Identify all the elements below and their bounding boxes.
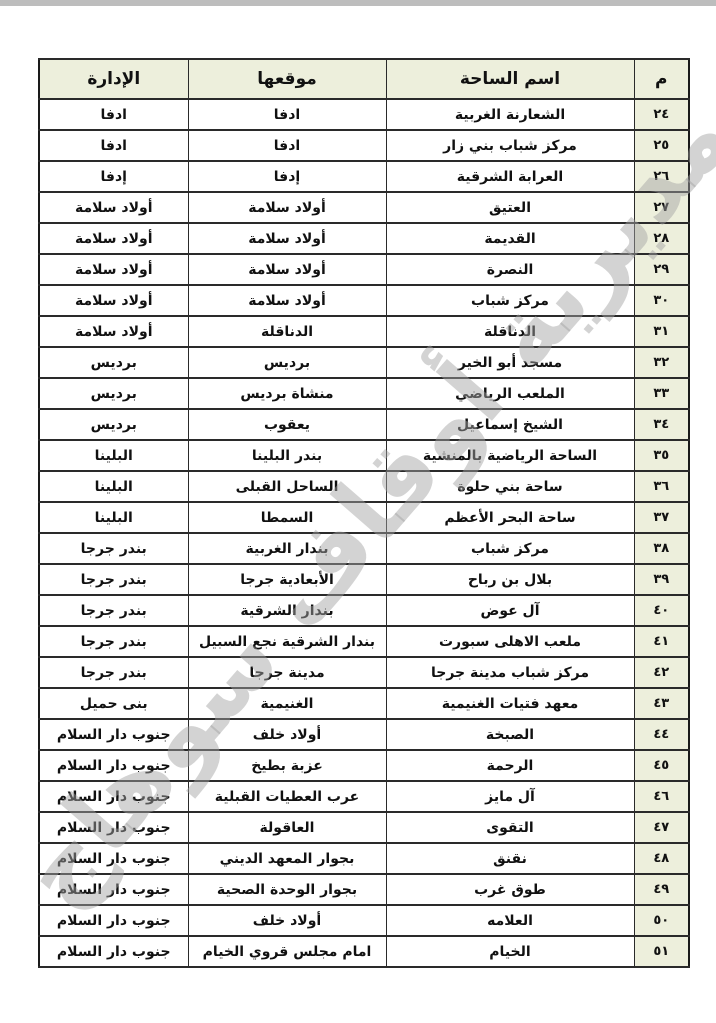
- row-number-cell: ٣٣: [634, 378, 689, 409]
- square-name-cell: الملعب الرياضي: [386, 378, 634, 409]
- square-location-cell: أولاد سلامة: [188, 223, 386, 254]
- square-name-cell: آل عوض: [386, 595, 634, 626]
- row-number-cell: ٣١: [634, 316, 689, 347]
- row-number-cell: ٣٩: [634, 564, 689, 595]
- administration-cell: جنوب دار السلام: [39, 719, 188, 750]
- table-row: ٤٦ آل مايز عرب العطيات القبلية جنوب دار …: [39, 781, 689, 812]
- square-location-cell: الدناقلة: [188, 316, 386, 347]
- row-number-cell: ٤٢: [634, 657, 689, 688]
- administration-cell: أولاد سلامة: [39, 285, 188, 316]
- square-location-cell: أولاد سلامة: [188, 192, 386, 223]
- administration-cell: بنى حميل: [39, 688, 188, 719]
- square-location-cell: بندار الغربية: [188, 533, 386, 564]
- row-number-cell: ٢٥: [634, 130, 689, 161]
- administration-cell: إدفا: [39, 161, 188, 192]
- row-number-cell: ٢٤: [634, 99, 689, 130]
- square-name-cell: الشعارنة الغربية: [386, 99, 634, 130]
- row-number-cell: ٢٩: [634, 254, 689, 285]
- square-location-cell: عرب العطيات القبلية: [188, 781, 386, 812]
- table-row: ٤٨ نقنق بجوار المعهد الديني جنوب دار الس…: [39, 843, 689, 874]
- table-row: ٤٢ مركز شباب مدينة جرجا مدينة جرجا بندر …: [39, 657, 689, 688]
- table-row: ٣٠ مركز شباب أولاد سلامة أولاد سلامة: [39, 285, 689, 316]
- table-row: ٢٦ العرابة الشرقية إدفا إدفا: [39, 161, 689, 192]
- table-row: ٣٣ الملعب الرياضي منشاة برديس برديس: [39, 378, 689, 409]
- administration-cell: جنوب دار السلام: [39, 936, 188, 967]
- document-page: { "page": { "watermark": "مديرية أوقاف س…: [0, 0, 716, 1023]
- page-top-scan-bar: [0, 0, 716, 6]
- row-number-cell: ٣٨: [634, 533, 689, 564]
- square-name-cell: ساحة بني حلوة: [386, 471, 634, 502]
- row-number-cell: ٢٧: [634, 192, 689, 223]
- square-name-cell: بلال بن رباح: [386, 564, 634, 595]
- square-location-cell: برديس: [188, 347, 386, 378]
- table-row: ٣٢ مسجد أبو الخير برديس برديس: [39, 347, 689, 378]
- square-name-cell: التقوى: [386, 812, 634, 843]
- administration-cell: بندر جرجا: [39, 626, 188, 657]
- row-number-cell: ٤١: [634, 626, 689, 657]
- square-name-cell: الصبخة: [386, 719, 634, 750]
- square-location-cell: بجوار الوحدة الصحية: [188, 874, 386, 905]
- squares-table: م اسم الساحة موقعها الإدارة ٢٤ الشعارنة …: [38, 58, 690, 968]
- administration-cell: بندر جرجا: [39, 595, 188, 626]
- square-name-cell: مركز شباب: [386, 285, 634, 316]
- table-row: ٣٩ بلال بن رباح الأبعادية جرجا بندر جرجا: [39, 564, 689, 595]
- square-location-cell: بجوار المعهد الديني: [188, 843, 386, 874]
- table-row: ٤١ ملعب الاهلى سبورت بندار الشرقية نجع ا…: [39, 626, 689, 657]
- square-name-cell: مركز شباب بني زار: [386, 130, 634, 161]
- square-name-cell: نقنق: [386, 843, 634, 874]
- square-location-cell: السمطا: [188, 502, 386, 533]
- row-number-cell: ٣٥: [634, 440, 689, 471]
- square-name-cell: العلامه: [386, 905, 634, 936]
- table-row: ٢٧ العتيق أولاد سلامة أولاد سلامة: [39, 192, 689, 223]
- row-number-cell: ٤٣: [634, 688, 689, 719]
- table-header-row: م اسم الساحة موقعها الإدارة: [39, 59, 689, 99]
- square-location-cell: الغنيمية: [188, 688, 386, 719]
- square-location-cell: أولاد خلف: [188, 905, 386, 936]
- square-name-cell: معهد فتيات الغنيمية: [386, 688, 634, 719]
- administration-cell: البلينا: [39, 502, 188, 533]
- administration-cell: أولاد سلامة: [39, 254, 188, 285]
- row-number-cell: ٢٨: [634, 223, 689, 254]
- row-number-cell: ٢٦: [634, 161, 689, 192]
- square-name-cell: مركز شباب: [386, 533, 634, 564]
- square-name-cell: الشيخ إسماعيل: [386, 409, 634, 440]
- square-location-cell: بندار الشرقية نجع السبيل: [188, 626, 386, 657]
- square-name-cell: الخيام: [386, 936, 634, 967]
- table-row: ٤٣ معهد فتيات الغنيمية الغنيمية بنى حميل: [39, 688, 689, 719]
- table-row: ٤٥ الرحمة عزبة بطيخ جنوب دار السلام: [39, 750, 689, 781]
- square-name-cell: مركز شباب مدينة جرجا: [386, 657, 634, 688]
- square-location-cell: ادفا: [188, 130, 386, 161]
- row-number-cell: ٤٨: [634, 843, 689, 874]
- row-number-cell: ٤٩: [634, 874, 689, 905]
- row-number-cell: ٣٠: [634, 285, 689, 316]
- header-administration: الإدارة: [39, 59, 188, 99]
- administration-cell: برديس: [39, 347, 188, 378]
- table-row: ٥٠ العلامه أولاد خلف جنوب دار السلام: [39, 905, 689, 936]
- square-name-cell: الرحمة: [386, 750, 634, 781]
- header-square-name: اسم الساحة: [386, 59, 634, 99]
- administration-cell: ادفا: [39, 130, 188, 161]
- row-number-cell: ٣٦: [634, 471, 689, 502]
- row-number-cell: ٥٠: [634, 905, 689, 936]
- square-location-cell: أولاد خلف: [188, 719, 386, 750]
- header-number: م: [634, 59, 689, 99]
- administration-cell: جنوب دار السلام: [39, 905, 188, 936]
- row-number-cell: ٣٧: [634, 502, 689, 533]
- table-row: ٤٠ آل عوض بندار الشرقية بندر جرجا: [39, 595, 689, 626]
- square-name-cell: العتيق: [386, 192, 634, 223]
- row-number-cell: ٤٦: [634, 781, 689, 812]
- table-row: ٢٩ النصرة أولاد سلامة أولاد سلامة: [39, 254, 689, 285]
- administration-cell: جنوب دار السلام: [39, 812, 188, 843]
- administration-cell: جنوب دار السلام: [39, 874, 188, 905]
- row-number-cell: ٣٢: [634, 347, 689, 378]
- table-row: ٥١ الخيام امام مجلس قروي الخيام جنوب دار…: [39, 936, 689, 967]
- square-name-cell: ملعب الاهلى سبورت: [386, 626, 634, 657]
- square-location-cell: الساحل القبلى: [188, 471, 386, 502]
- table-row: ٢٥ مركز شباب بني زار ادفا ادفا: [39, 130, 689, 161]
- header-location: موقعها: [188, 59, 386, 99]
- row-number-cell: ٤٠: [634, 595, 689, 626]
- table-row: ٣٤ الشيخ إسماعيل يعقوب برديس: [39, 409, 689, 440]
- administration-cell: بندر جرجا: [39, 564, 188, 595]
- administration-cell: أولاد سلامة: [39, 223, 188, 254]
- square-location-cell: الأبعادية جرجا: [188, 564, 386, 595]
- square-name-cell: طوق غرب: [386, 874, 634, 905]
- row-number-cell: ٤٥: [634, 750, 689, 781]
- square-location-cell: العاقولة: [188, 812, 386, 843]
- administration-cell: ادفا: [39, 99, 188, 130]
- square-name-cell: النصرة: [386, 254, 634, 285]
- administration-cell: البلينا: [39, 440, 188, 471]
- square-name-cell: الدناقلة: [386, 316, 634, 347]
- square-location-cell: بندار الشرقية: [188, 595, 386, 626]
- administration-cell: برديس: [39, 378, 188, 409]
- table-row: ٤٧ التقوى العاقولة جنوب دار السلام: [39, 812, 689, 843]
- row-number-cell: ٥١: [634, 936, 689, 967]
- table-row: ٢٤ الشعارنة الغربية ادفا ادفا: [39, 99, 689, 130]
- square-name-cell: الساحة الرياضية بالمنشية: [386, 440, 634, 471]
- table-row: ٢٨ القديمة أولاد سلامة أولاد سلامة: [39, 223, 689, 254]
- square-name-cell: القديمة: [386, 223, 634, 254]
- row-number-cell: ٤٤: [634, 719, 689, 750]
- square-location-cell: أولاد سلامة: [188, 254, 386, 285]
- table-row: ٤٤ الصبخة أولاد خلف جنوب دار السلام: [39, 719, 689, 750]
- square-location-cell: بندر البلينا: [188, 440, 386, 471]
- square-location-cell: عزبة بطيخ: [188, 750, 386, 781]
- administration-cell: برديس: [39, 409, 188, 440]
- table-row: ٤٩ طوق غرب بجوار الوحدة الصحية جنوب دار …: [39, 874, 689, 905]
- row-number-cell: ٤٧: [634, 812, 689, 843]
- square-location-cell: أولاد سلامة: [188, 285, 386, 316]
- table-row: ٣٧ ساحة البحر الأعظم السمطا البلينا: [39, 502, 689, 533]
- square-location-cell: يعقوب: [188, 409, 386, 440]
- square-name-cell: ساحة البحر الأعظم: [386, 502, 634, 533]
- administration-cell: جنوب دار السلام: [39, 843, 188, 874]
- row-number-cell: ٣٤: [634, 409, 689, 440]
- square-location-cell: إدفا: [188, 161, 386, 192]
- administration-cell: أولاد سلامة: [39, 192, 188, 223]
- square-name-cell: العرابة الشرقية: [386, 161, 634, 192]
- square-name-cell: آل مايز: [386, 781, 634, 812]
- administration-cell: بندر جرجا: [39, 533, 188, 564]
- square-location-cell: مدينة جرجا: [188, 657, 386, 688]
- square-location-cell: امام مجلس قروي الخيام: [188, 936, 386, 967]
- square-location-cell: منشاة برديس: [188, 378, 386, 409]
- table-row: ٣٥ الساحة الرياضية بالمنشية بندر البلينا…: [39, 440, 689, 471]
- table-row: ٣٨ مركز شباب بندار الغربية بندر جرجا: [39, 533, 689, 564]
- administration-cell: جنوب دار السلام: [39, 750, 188, 781]
- square-name-cell: مسجد أبو الخير: [386, 347, 634, 378]
- administration-cell: بندر جرجا: [39, 657, 188, 688]
- table-row: ٣١ الدناقلة الدناقلة أولاد سلامة: [39, 316, 689, 347]
- administration-cell: أولاد سلامة: [39, 316, 188, 347]
- table-row: ٣٦ ساحة بني حلوة الساحل القبلى البلينا: [39, 471, 689, 502]
- administration-cell: البلينا: [39, 471, 188, 502]
- square-location-cell: ادفا: [188, 99, 386, 130]
- administration-cell: جنوب دار السلام: [39, 781, 188, 812]
